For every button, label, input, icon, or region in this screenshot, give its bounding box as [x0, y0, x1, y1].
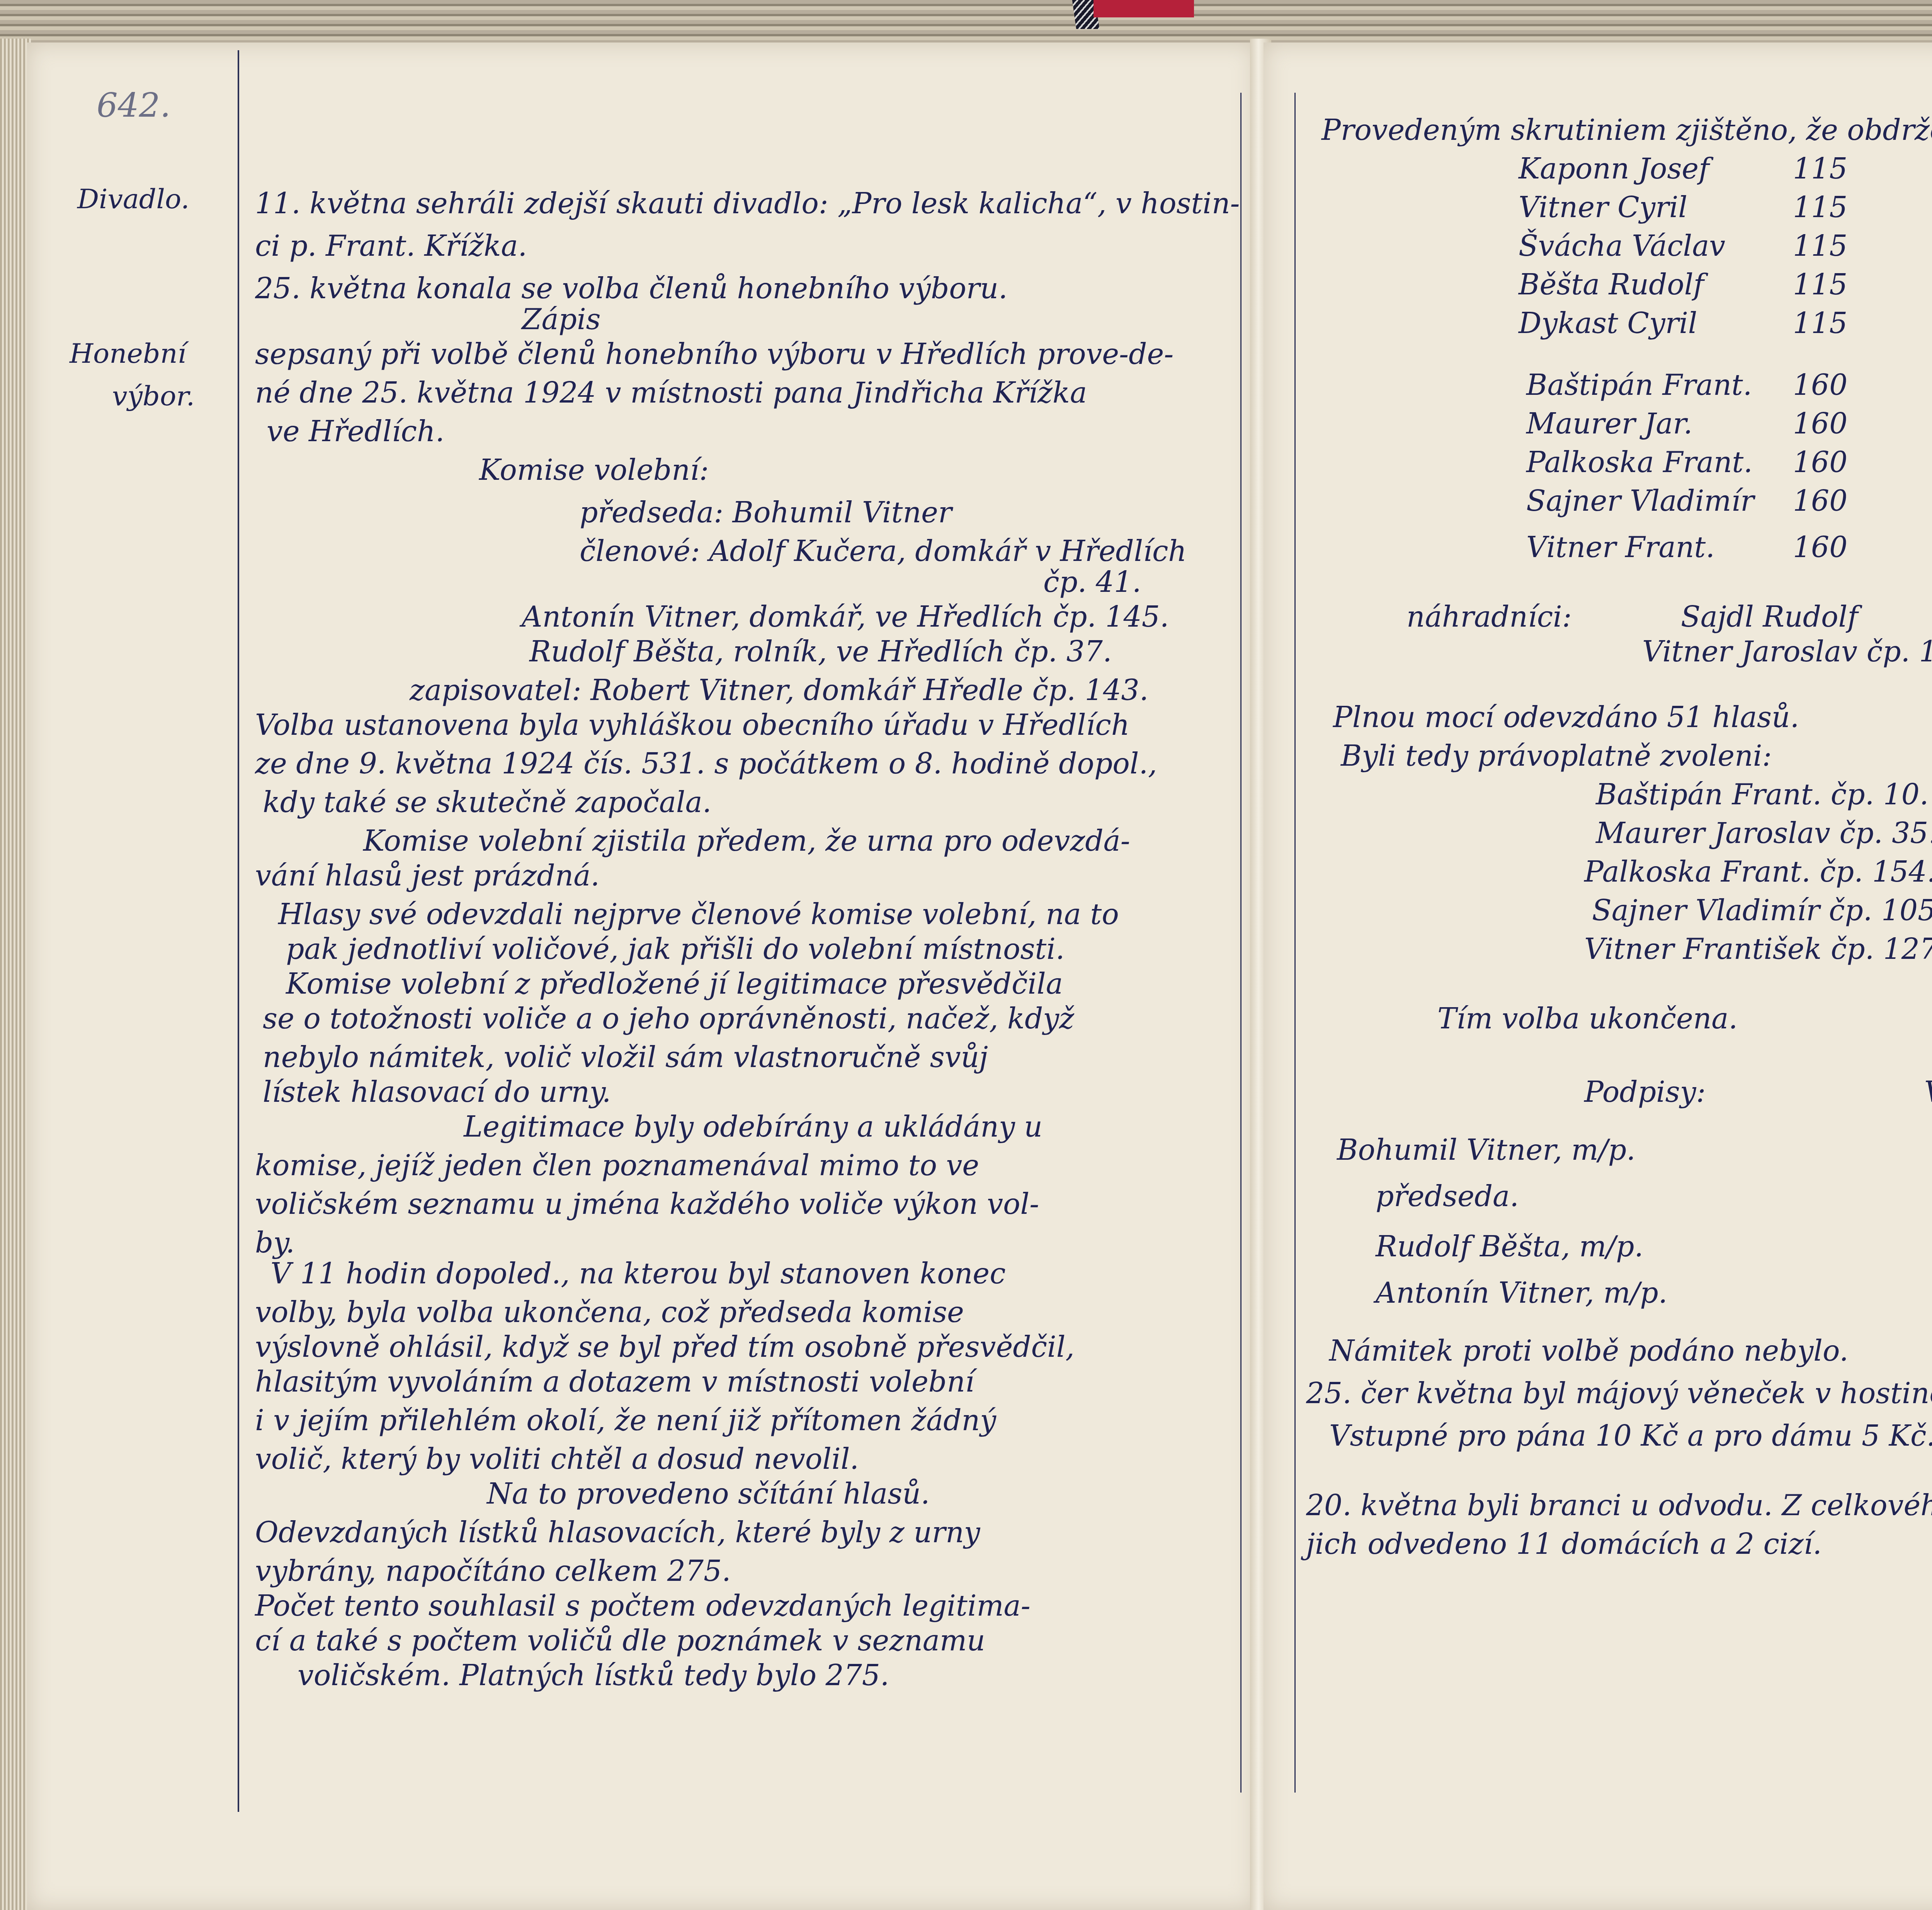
text-line: Komise volební z předložené jí legitimac… [286, 970, 1063, 998]
text-line: 11. května sehráli zdejší skauti divadlo… [255, 189, 1240, 218]
elected-intro: Byli tedy právoplatně zvoleni: [1341, 742, 1772, 770]
text-line: předseda: Bohumil Vitner [580, 498, 952, 527]
right-inner-rule [1294, 93, 1296, 1793]
text-line: Komise volební: [479, 456, 709, 484]
text-line: Počet tento souhlasil s počtem odevzdaný… [255, 1592, 1031, 1620]
substitute-name: Vitner Jaroslav čp. 121 [1642, 637, 1932, 666]
margin-note-divadlo: Divadlo. [77, 185, 189, 212]
text-line: ve Hředlích. [267, 417, 444, 446]
result-votes: 115 [1793, 309, 1847, 338]
substitute-name: Sajdl Rudolf [1681, 603, 1858, 631]
result-name: Maurer Jar. [1526, 410, 1692, 438]
text-line: jich odvedeno 11 domácích a 2 cizí. [1306, 1530, 1822, 1558]
signature: Antonín Vitner, m/p. [1376, 1279, 1667, 1307]
text-line: 25. května konala se volba členů honební… [255, 274, 1007, 303]
result-name: Palkoska Frant. [1526, 448, 1753, 477]
bookmark-ribbon-red [1094, 0, 1194, 17]
result-votes: 115 [1793, 232, 1847, 260]
result-votes: 160 [1793, 371, 1847, 399]
text-line: by. [255, 1229, 295, 1257]
results-intro: Provedeným skrutiniem zjištěno, že obdrž… [1321, 116, 1932, 144]
signature-role: předseda. [1376, 1182, 1519, 1211]
left-right-rule [1240, 93, 1242, 1793]
text-line: pak jednotliví voličové, jak přišli do v… [286, 935, 1065, 963]
text-line: Legitimace byly odebírány a ukládány u [464, 1113, 1043, 1141]
result-votes: 160 [1793, 448, 1847, 477]
text-line: čp. 41. [1043, 568, 1141, 596]
margin-note-vybor: výbor. [112, 382, 195, 410]
text-line: výslovně ohlásil, když se byl před tím o… [255, 1333, 1075, 1361]
result-votes: 160 [1793, 410, 1847, 438]
text-line: Volba ustanovena byla vyhláškou obecního… [255, 711, 1129, 739]
text-line: lístek hlasovací do urny. [263, 1078, 611, 1106]
elected-member: Vitner František čp. 127. [1584, 935, 1932, 963]
result-name: Běšta Rudolf [1519, 270, 1704, 299]
text-line: vybrány, napočítáno celkem 275. [255, 1557, 731, 1585]
signature: Vitner Robert, m/p. [1924, 1078, 1932, 1106]
elected-member: Sajner Vladimír čp. 105. [1592, 896, 1932, 925]
text-line: cí a také s počtem voličů dle poznámek v… [255, 1626, 985, 1655]
text-line: Hlasy své odevzdali nejprve členové komi… [278, 900, 1119, 929]
text-line: zapisovatel: Robert Vitner, domkář Hředl… [410, 676, 1148, 705]
text-line: nebylo námitek, volič vložil sám vlastno… [263, 1043, 988, 1072]
text-line: i v jejím přilehlém okolí, že není již p… [255, 1406, 996, 1435]
result-name: Švácha Václav [1519, 232, 1725, 260]
result-name: Vitner Frant. [1526, 533, 1715, 562]
elected-member: Palkoska Frant. čp. 154. [1584, 858, 1932, 886]
proxy-line: Plnou mocí odevzdáno 51 hlasů. [1333, 703, 1799, 732]
page-edges-left [0, 39, 31, 1910]
result-votes: 160 [1793, 487, 1847, 515]
text-line: V 11 hodin dopoled., na kterou byl stano… [270, 1259, 1006, 1288]
text-line: Odevzdaných lístků hlasovacích, které by… [255, 1518, 980, 1547]
result-votes: 115 [1793, 155, 1847, 183]
text-line: komise, jejíž jeden člen poznamenával mi… [255, 1151, 979, 1180]
margin-note-honebni: Honební [70, 340, 186, 367]
page-number-left: 642. [97, 89, 170, 122]
signature: Bohumil Vitner, m/p. [1337, 1136, 1636, 1164]
heading-zapis: Zápis [522, 305, 601, 334]
left-margin-rule [238, 50, 239, 1812]
result-name: Vitner Cyril [1519, 193, 1687, 222]
text-line: se o totožnosti voliče a o jeho oprávněn… [263, 1004, 1074, 1033]
text-line: volby, byla volba ukončena, což předseda… [255, 1298, 964, 1327]
result-name: Baštipán Frant. [1526, 371, 1752, 399]
text-line: Komise volební zjistila předem, že urna … [363, 827, 1130, 855]
result-name: Kaponn Josef [1519, 155, 1709, 183]
result-votes: 160 [1793, 533, 1847, 562]
result-name: Dykast Cyril [1519, 309, 1697, 338]
closing-line: Tím volba ukončena. [1437, 1004, 1738, 1033]
text-line: sepsaný při volbě členů honebního výboru… [255, 340, 1173, 369]
substitutes-label: náhradníci: [1406, 603, 1572, 631]
result-name: Sajner Vladimír [1526, 487, 1754, 515]
text-line: voličském. Platných lístků tedy bylo 275… [298, 1661, 889, 1690]
text-line: voličském seznamu u jména každého voliče… [255, 1190, 1039, 1218]
text-line: vání hlasů jest prázdná. [255, 862, 600, 890]
text-line: ci p. Frant. Křížka. [255, 232, 527, 260]
signature: Rudolf Běšta, m/p. [1376, 1232, 1643, 1261]
text-line: členové: Adolf Kučera, domkář v Hředlích [580, 537, 1187, 566]
text-line: né dne 25. května 1924 v místnosti pana … [255, 379, 1087, 407]
text-line: volič, který by voliti chtěl a dosud nev… [255, 1445, 859, 1473]
text-line: hlasitým vyvoláním a dotazem v místnosti… [255, 1368, 975, 1396]
text-line: Vstupné pro pána 10 Kč a pro dámu 5 Kč. [1329, 1422, 1932, 1450]
text-line: 25. čer května byl májový věneček v host… [1306, 1379, 1932, 1408]
text-line: Rudolf Běšta, rolník, ve Hředlích čp. 37… [529, 637, 1112, 666]
text-line: ze dne 9. května 1924 čís. 531. s počátk… [255, 749, 1157, 778]
text-line: 20. května byli branci u odvodu. Z celko… [1306, 1491, 1932, 1520]
text-line: kdy také se skutečně započala. [263, 788, 711, 817]
result-votes: 115 [1793, 270, 1847, 299]
text-line: Námitek proti volbě podáno nebylo. [1329, 1337, 1849, 1365]
elected-member: Maurer Jaroslav čp. 35. [1596, 819, 1932, 848]
result-votes: 115 [1793, 193, 1847, 222]
elected-member: Baštipán Frant. čp. 10. [1596, 780, 1929, 809]
text-line: Antonín Vitner, domkář, ve Hředlích čp. … [522, 603, 1169, 631]
text-line: Na to provedeno sčítání hlasů. [487, 1480, 930, 1508]
signatures-label: Podpisy: [1584, 1078, 1706, 1106]
